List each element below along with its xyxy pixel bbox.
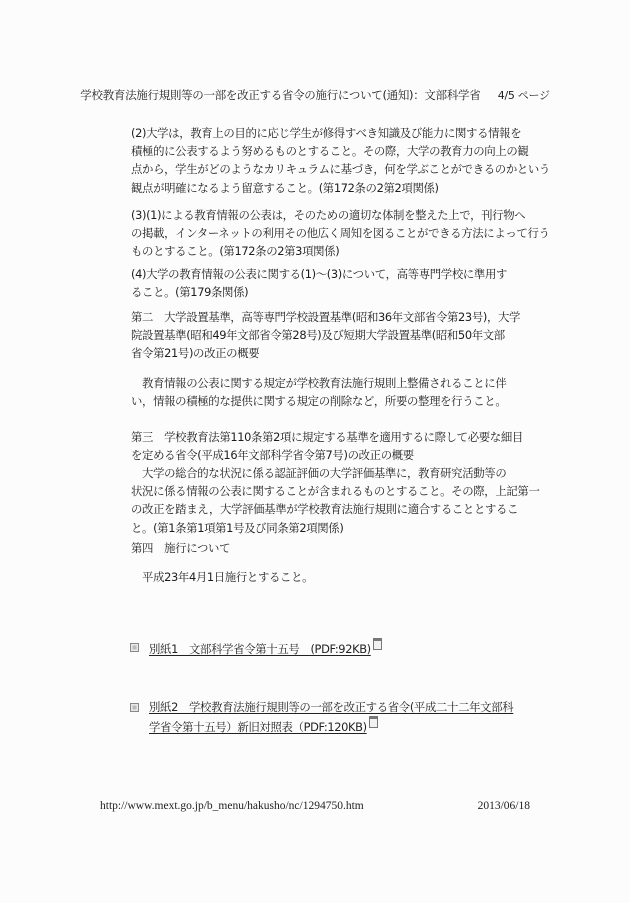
text-line: 第二 大学設置基準，高等専門学校設置基準(昭和36年文部省令第23号)，大学 (131, 308, 521, 326)
text-line: の改正を踏まえ，大学評価基準が学校教育法施行規則に適合することとするこ (131, 500, 521, 518)
text-line: 状況に係る情報の公表に関することが含まれるものとすること。その際，上記第一 (131, 482, 521, 500)
section-2-heading: 第二 大学設置基準，高等専門学校設置基準(昭和36年文部省令第23号)，大学 院… (131, 308, 521, 363)
text-line: ものとすること。(第172条の2第3項関係) (131, 242, 521, 260)
document-title: 学校教育法施行規則等の一部を改正する省令の施行について(通知)：文部科学省 (80, 88, 480, 102)
attachment-2-link[interactable]: 別紙2 学校教育法施行規則等の一部を改正する省令(平成二十二年文部科 学省令第十… (149, 698, 513, 736)
text-line: い，情報の積極的な提供に関する規定の削除など，所要の整理を行うこと。 (131, 392, 521, 410)
item-2-paragraph: (2)大学は，教育上の目的に応じ学生が修得すべき知識及び能力に関する情報を 積極… (131, 124, 521, 197)
print-date: 2013/06/18 (478, 800, 530, 812)
item-4-paragraph: (4)大学の教育情報の公表に関する(1)～(3)について，高等専門学校に準用す … (131, 265, 521, 301)
attachment-1-link[interactable]: 別紙1 文部科学省令第十五号 (PDF:92KB) (149, 638, 382, 658)
text-line: を定める省令(平成16年文部科学省令第7号)の改正の概要 (131, 446, 521, 464)
text-line: と。(第1条第1項第1号及び同条第2項関係) (131, 519, 521, 537)
text-line: 点から，学生がどのようなカリキュラムに基づき，何を学ぶことができるのかという (131, 160, 521, 178)
section-3-body: 大学の総合的な状況に係る認証評価の大学評価基準に，教育研究活動等の 状況に係る情… (131, 464, 521, 537)
link-label: 別紙1 文部科学省令第十五号 (PDF:92KB) (149, 642, 371, 656)
link-label: 別紙2 学校教育法施行規則等の一部を改正する省令(平成二十二年文部科 (149, 698, 513, 716)
text-line: (2)大学は，教育上の目的に応じ学生が修得すべき知識及び能力に関する情報を (131, 124, 521, 142)
text-line: 省令第21号)の改正の概要 (131, 344, 521, 362)
text-line: 積極的に公表するよう努めるものとすること。その際，大学の教育力の向上の観 (131, 142, 521, 160)
link-label: 学省令第十五号）新旧対照表（PDF:120KB) (149, 720, 367, 734)
pdf-icon (369, 716, 378, 728)
section-4-heading: 第四 施行について (131, 539, 521, 557)
text-line: 観点が明確になるよう留意すること。(第172条の2第2項関係) (131, 179, 521, 197)
link-text: 別紙1 文部科学省令第十五号 (PDF:92KB) (149, 638, 382, 658)
page-url: http://www.mext.go.jp/b_menu/hakusho/nc/… (100, 800, 364, 812)
text-line: ること。(第179条関係) (131, 283, 521, 301)
text-line: 第三 学校教育法第110条第2項に規定する基準を適用するに際して必要な細目 (131, 428, 521, 446)
section-3-heading: 第三 学校教育法第110条第2項に規定する基準を適用するに際して必要な細目 を定… (131, 428, 521, 464)
text-line: 大学の総合的な状況に係る認証評価の大学評価基準に，教育研究活動等の (131, 464, 521, 482)
text-line: (3)(1)による教育情報の公表は，そのための適切な体制を整えた上で，刊行物へ (131, 206, 521, 224)
item-3-paragraph: (3)(1)による教育情報の公表は，そのための適切な体制を整えた上で，刊行物へ … (131, 206, 521, 261)
link-text: 学省令第十五号）新旧対照表（PDF:120KB) (149, 716, 513, 736)
section-4-body: 平成23年4月1日施行とすること。 (131, 568, 521, 586)
section-2-body: 教育情報の公表に関する規定が学校教育法施行規則上整備されることに伴 い，情報の積… (131, 374, 521, 410)
text-line: 平成23年4月1日施行とすること。 (131, 568, 521, 586)
text-line: 教育情報の公表に関する規定が学校教育法施行規則上整備されることに伴 (131, 374, 521, 392)
text-line: の掲載，インターネットの利用その他広く周知を図ることができる方法によって行う (131, 224, 521, 242)
text-line: (4)大学の教育情報の公表に関する(1)～(3)について，高等専門学校に準用す (131, 265, 521, 283)
pdf-icon (373, 638, 382, 650)
page-indicator: 4/5 ページ (498, 89, 550, 102)
page-header: 学校教育法施行規則等の一部を改正する省令の施行について(通知)：文部科学省 4/… (0, 87, 630, 103)
text-line: 院設置基準(昭和49年文部省令第28号)及び短期大学設置基準(昭和50年文部 (131, 326, 521, 344)
bullet-square-icon (130, 643, 139, 652)
text-line: 第四 施行について (131, 539, 521, 557)
bullet-square-icon (130, 703, 139, 712)
